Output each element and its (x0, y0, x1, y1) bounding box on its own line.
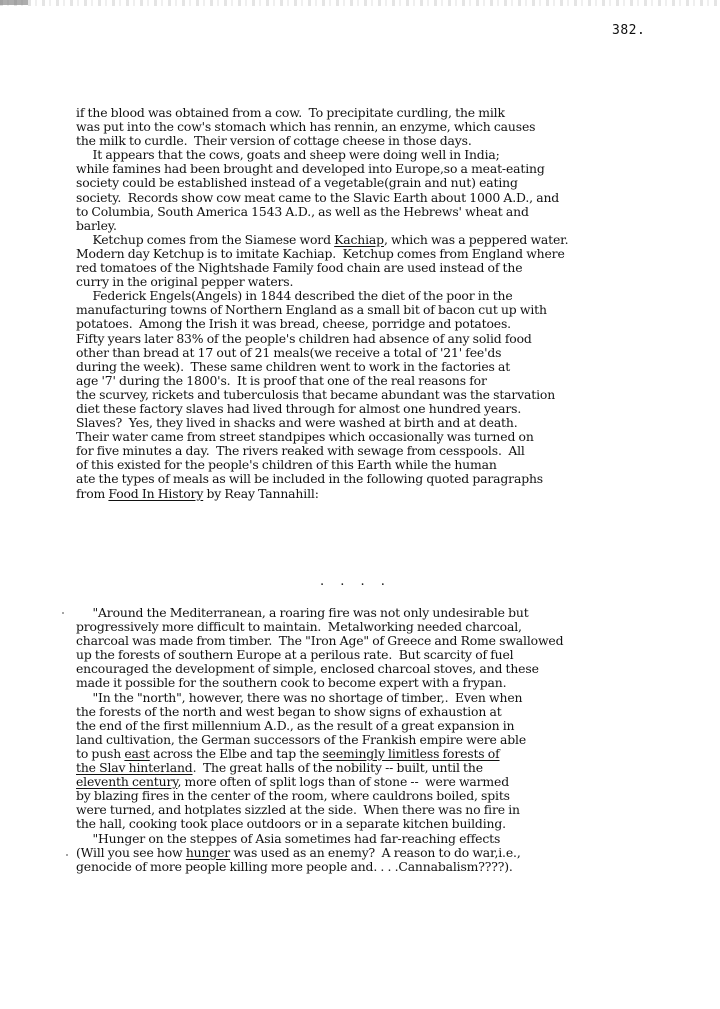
text-line: encouraged the development of simple, en… (76, 662, 676, 676)
text-run: , which was a peppered water. (384, 232, 568, 247)
text-run: ate the types of meals as will be includ… (76, 471, 543, 486)
text-line: to push east across the Elbe and tap the… (76, 747, 676, 761)
text-run: the end of the first millennium A.D., as… (76, 718, 514, 733)
scan-speck (66, 854, 68, 856)
text-line: the hall, cooking took place outdoors or… (76, 817, 676, 831)
text-run: the forests of the north and west began … (76, 704, 502, 719)
text-line: curry in the original pepper waters. (76, 275, 676, 289)
text-run: society. Records show cow meat came to t… (76, 190, 559, 205)
text-line: Their water came from street standpipes … (76, 430, 676, 444)
text-line: was put into the cow's stomach which has… (76, 120, 676, 134)
text-line: eleventh century, more often of split lo… (76, 775, 676, 789)
text-line: society. Records show cow meat came to t… (76, 191, 676, 205)
text-line: by blazing fires in the center of the ro… (76, 789, 676, 803)
text-run: . The great halls of the nobility -- bui… (193, 760, 483, 775)
text-run: the hall, cooking took place outdoors or… (76, 816, 506, 831)
text-line: during the week). These same children we… (76, 360, 676, 374)
text-line: "Around the Mediterranean, a roaring fir… (76, 606, 676, 620)
text-line: while famines had been brought and devel… (76, 162, 676, 176)
text-line: barley. (76, 219, 676, 233)
text-run: "Hunger on the steppes of Asia sometimes… (92, 831, 500, 846)
text-run: society could be established instead of … (76, 175, 518, 190)
text-run: Modern day Ketchup is to imitate Kachiap… (76, 246, 565, 261)
paragraph-indent (76, 232, 92, 247)
text-line: progressively more difficult to maintain… (76, 620, 676, 634)
text-run: red tomatoes of the Nightshade Family fo… (76, 260, 522, 275)
text-line: the scurvey, rickets and tuberculosis th… (76, 388, 676, 402)
text-line: Fifty years later 83% of the people's ch… (76, 332, 676, 346)
text-line: Modern day Ketchup is to imitate Kachiap… (76, 247, 676, 261)
underlined-text: eleventh century (76, 774, 177, 789)
text-run: land cultivation, the German successors … (76, 732, 526, 747)
text-run: while famines had been brought and devel… (76, 161, 545, 176)
text-line: "Hunger on the steppes of Asia sometimes… (76, 832, 676, 846)
quoted-text-section-2: "Around the Mediterranean, a roaring fir… (76, 606, 676, 874)
text-line: made it possible for the southern cook t… (76, 676, 676, 690)
text-run: were turned, and hotplates sizzled at th… (76, 802, 520, 817)
text-line: the end of the first millennium A.D., as… (76, 719, 676, 733)
body-text-section-1: if the blood was obtained from a cow. To… (76, 106, 676, 501)
text-run: It appears that the cows, goats and shee… (92, 147, 499, 162)
text-run: "Around the Mediterranean, a roaring fir… (92, 605, 528, 620)
text-line: to Columbia, South America 1543 A.D., as… (76, 205, 676, 219)
text-run: , more often of split logs than of stone… (177, 774, 509, 789)
underlined-text: seemingly limitless forests of (322, 746, 499, 761)
text-line: of this existed for the people's childre… (76, 458, 676, 472)
paragraph-indent (76, 831, 92, 846)
text-run: across the Elbe and tap the (150, 746, 323, 761)
text-run: was put into the cow's stomach which has… (76, 119, 535, 134)
text-line: the Slav hinterland. The great halls of … (76, 761, 676, 775)
text-line: charcoal was made from timber. The "Iron… (76, 634, 676, 648)
text-line: Slaves? Yes, they lived in shacks and we… (76, 416, 676, 430)
scan-speck (62, 612, 64, 614)
text-line: land cultivation, the German successors … (76, 733, 676, 747)
underlined-text: east (124, 746, 149, 761)
text-line: the forests of the north and west began … (76, 705, 676, 719)
paragraph-indent (76, 147, 92, 162)
text-run: during the week). These same children we… (76, 359, 510, 374)
text-run: the scurvey, rickets and tuberculosis th… (76, 387, 555, 402)
text-run: Slaves? Yes, they lived in shacks and we… (76, 415, 518, 430)
text-line: for five minutes a day. The rivers reake… (76, 444, 676, 458)
text-line: ate the types of meals as will be includ… (76, 472, 676, 486)
text-run: manufacturing towns of Northern England … (76, 302, 547, 317)
page-number: 382. (612, 23, 645, 38)
text-run: diet these factory slaves had lived thro… (76, 401, 521, 416)
text-run: progressively more difficult to maintain… (76, 619, 522, 634)
text-run: potatoes. Among the Irish it was bread, … (76, 316, 511, 331)
underlined-text: Food In History (108, 486, 203, 501)
text-run: other than bread at 17 out of 21 meals(w… (76, 345, 501, 360)
underlined-text: hunger (186, 845, 230, 860)
text-run: the milk to curdle. Their version of cot… (76, 133, 472, 148)
text-run: (Will you see how (76, 845, 186, 860)
text-line: "In the "north", however, there was no s… (76, 691, 676, 705)
text-run: made it possible for the southern cook t… (76, 675, 506, 690)
text-run: curry in the original pepper waters. (76, 274, 293, 289)
text-line: genocide of more people killing more peo… (76, 860, 676, 874)
text-run: age '7' during the 1800's. It is proof t… (76, 373, 487, 388)
text-line: if the blood was obtained from a cow. To… (76, 106, 676, 120)
text-run: by blazing fires in the center of the ro… (76, 788, 510, 803)
text-run: Federick Engels(Angels) in 1844 describe… (92, 288, 512, 303)
text-run: to push (76, 746, 124, 761)
text-line: manufacturing towns of Northern England … (76, 303, 676, 317)
text-line: from Food In History by Reay Tannahill: (76, 487, 676, 501)
text-run: "In the "north", however, there was no s… (92, 690, 522, 705)
text-run: was used as an enemy? A reason to do war… (230, 845, 521, 860)
scan-artifact-corner (0, 0, 28, 5)
text-line: the milk to curdle. Their version of cot… (76, 134, 676, 148)
text-run: for five minutes a day. The rivers reake… (76, 443, 525, 458)
text-line: Federick Engels(Angels) in 1844 describe… (76, 289, 676, 303)
text-line: were turned, and hotplates sizzled at th… (76, 803, 676, 817)
text-run: charcoal was made from timber. The "Iron… (76, 633, 563, 648)
text-line: diet these factory slaves had lived thro… (76, 402, 676, 416)
text-run: from (76, 486, 108, 501)
text-line: (Will you see how hunger was used as an … (76, 846, 676, 860)
text-line: red tomatoes of the Nightshade Family fo… (76, 261, 676, 275)
text-run: Their water came from street standpipes … (76, 429, 534, 444)
paragraph-indent (76, 288, 92, 303)
paragraph-indent (76, 690, 92, 705)
text-line: age '7' during the 1800's. It is proof t… (76, 374, 676, 388)
underlined-text: the Slav hinterland (76, 760, 193, 775)
text-run: by Reay Tannahill: (203, 486, 319, 501)
text-run: Fifty years later 83% of the people's ch… (76, 331, 532, 346)
section-separator: . . . . (320, 574, 391, 589)
text-line: up the forests of southern Europe at a p… (76, 648, 676, 662)
paragraph-indent (76, 605, 92, 620)
text-run: if the blood was obtained from a cow. To… (76, 105, 505, 120)
scan-artifact-top (0, 0, 720, 6)
text-line: potatoes. Among the Irish it was bread, … (76, 317, 676, 331)
text-run: up the forests of southern Europe at a p… (76, 647, 514, 662)
text-line: society could be established instead of … (76, 176, 676, 190)
text-run: genocide of more people killing more peo… (76, 859, 513, 874)
text-line: Ketchup comes from the Siamese word Kach… (76, 233, 676, 247)
text-run: Ketchup comes from the Siamese word (92, 232, 334, 247)
text-run: of this existed for the people's childre… (76, 457, 497, 472)
text-line: other than bread at 17 out of 21 meals(w… (76, 346, 676, 360)
text-run: to Columbia, South America 1543 A.D., as… (76, 204, 529, 219)
text-run: barley. (76, 218, 117, 233)
underlined-text: Kachiap (334, 232, 384, 247)
text-run: encouraged the development of simple, en… (76, 661, 539, 676)
text-line: It appears that the cows, goats and shee… (76, 148, 676, 162)
